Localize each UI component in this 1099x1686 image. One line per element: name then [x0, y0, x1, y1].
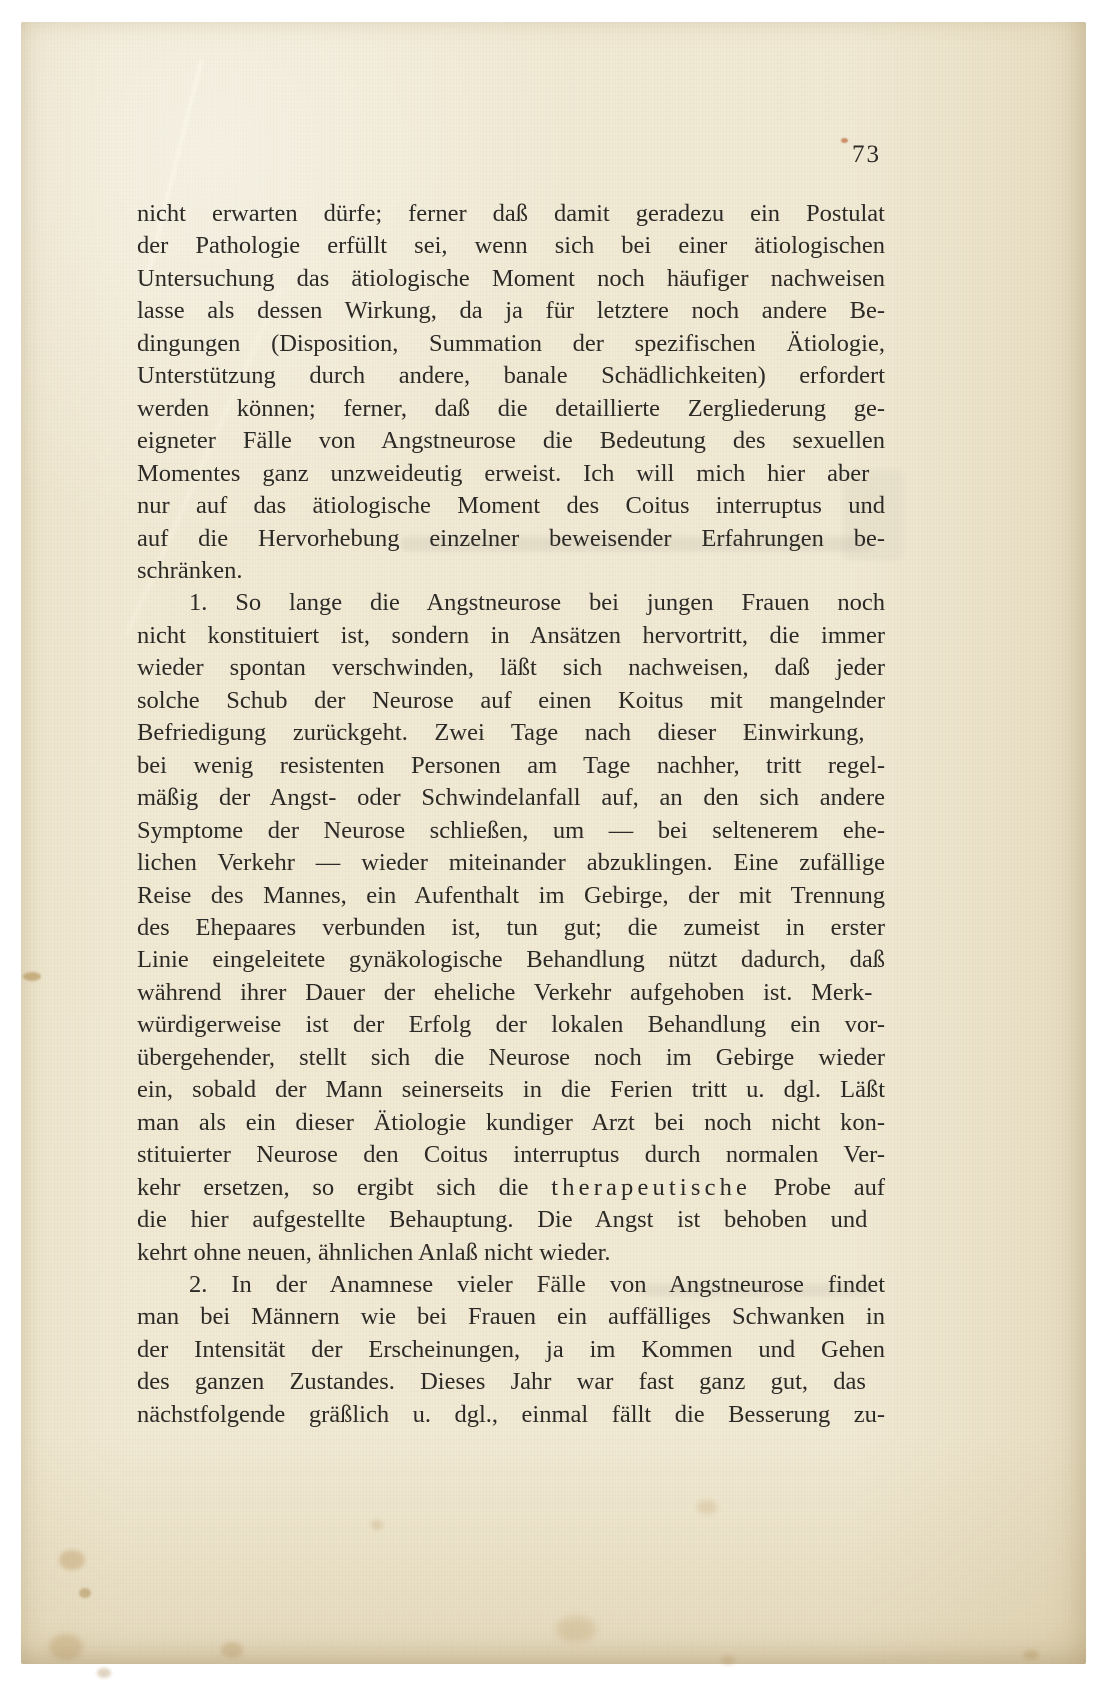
text-line: Unterstützung durch andere, banale Schäd…: [137, 360, 885, 392]
text-line: werden können; ferner, daß die detaillie…: [137, 393, 885, 425]
text-block: nicht erwarten dürfe; ferner daß damit g…: [137, 198, 885, 1431]
text-line: des Ehepaares verbunden ist, tun gut; di…: [137, 912, 885, 944]
text-line: stituierter Neurose den Coitus interrupt…: [137, 1139, 885, 1171]
text-line: man bei Männern wie bei Frauen ein auffä…: [137, 1301, 885, 1333]
stain: [556, 1616, 596, 1642]
stain: [59, 1550, 85, 1570]
stain: [371, 1520, 383, 1530]
text-line: 2. In der Anamnese vieler Fälle von Angs…: [137, 1269, 885, 1301]
text-line: Linie eingeleitete gynäkologische Behand…: [137, 944, 885, 976]
page-number: 73: [801, 141, 881, 169]
text-line: bei wenig resistenten Personen am Tage n…: [137, 750, 885, 782]
text-line: 1. So lange die Angstneurose bei jungen …: [137, 587, 885, 619]
text-line: Untersuchung das ätiologische Moment noc…: [137, 263, 885, 295]
stain: [23, 972, 41, 981]
text-line: lichen Verkehr — wieder miteinander abzu…: [137, 847, 885, 879]
text-line: ein, sobald der Mann seinerseits in die …: [137, 1074, 885, 1106]
text-line: Symptome der Neurose schließen, um — bei…: [137, 815, 885, 847]
stain: [221, 1642, 243, 1658]
stain: [49, 1634, 83, 1660]
text-line: kehr ersetzen, so ergibt sich die therap…: [137, 1172, 885, 1204]
text-line: Reise des Mannes, ein Aufenthalt im Gebi…: [137, 880, 885, 912]
text-line: schränken.: [137, 555, 885, 587]
stain: [1023, 1650, 1039, 1660]
text-line: solche Schub der Neurose auf einen Koitu…: [137, 685, 885, 717]
book-page: 73 nicht erwarten dürfe; ferner daß dami…: [21, 22, 1086, 1664]
text-line: nur auf das ätiologische Moment des Coit…: [137, 490, 885, 522]
text-line: wieder spontan verschwinden, läßt sich n…: [137, 652, 885, 684]
stain: [79, 1588, 91, 1598]
text-line: nicht erwarten dürfe; ferner daß damit g…: [137, 198, 885, 230]
text-line: lasse als dessen Wirkung, da ja für letz…: [137, 295, 885, 327]
text-line: der Pathologie erfüllt sei, wenn sich be…: [137, 230, 885, 262]
text-line: man als ein dieser Ätiologie kundiger Ar…: [137, 1107, 885, 1139]
text-line: während ihrer Dauer der eheliche Verkehr…: [137, 977, 885, 1009]
text-line: übergehender, stellt sich die Neurose no…: [137, 1042, 885, 1074]
text-line: der Intensität der Erscheinungen, ja im …: [137, 1334, 885, 1366]
text-line: eigneter Fälle von Angstneurose die Bede…: [137, 425, 885, 457]
text-line: kehrt ohne neuen, ähnlichen Anlaß nicht …: [137, 1237, 885, 1269]
text-line: Momentes ganz unzweideutig erweist. Ich …: [137, 458, 885, 490]
text-line: nicht konstituiert ist, sondern in Ansät…: [137, 620, 885, 652]
stain: [97, 1668, 111, 1678]
stain: [721, 1656, 735, 1665]
text-line: die hier aufgestellte Behauptung. Die An…: [137, 1204, 885, 1236]
text-line: Befriedigung zurückgeht. Zwei Tage nach …: [137, 717, 885, 749]
text-line: dingungen (Disposition, Summation der sp…: [137, 328, 885, 360]
text-line: auf die Hervorhebung einzelner beweisend…: [137, 523, 885, 555]
text-line: würdigerweise ist der Erfolg der lokalen…: [137, 1009, 885, 1041]
text-line: nächstfolgende gräßlich u. dgl., einmal …: [137, 1399, 885, 1431]
text-line: mäßig der Angst- oder Schwindelanfall au…: [137, 782, 885, 814]
stain: [697, 1500, 717, 1514]
text-line: des ganzen Zustandes. Dieses Jahr war fa…: [137, 1366, 885, 1398]
